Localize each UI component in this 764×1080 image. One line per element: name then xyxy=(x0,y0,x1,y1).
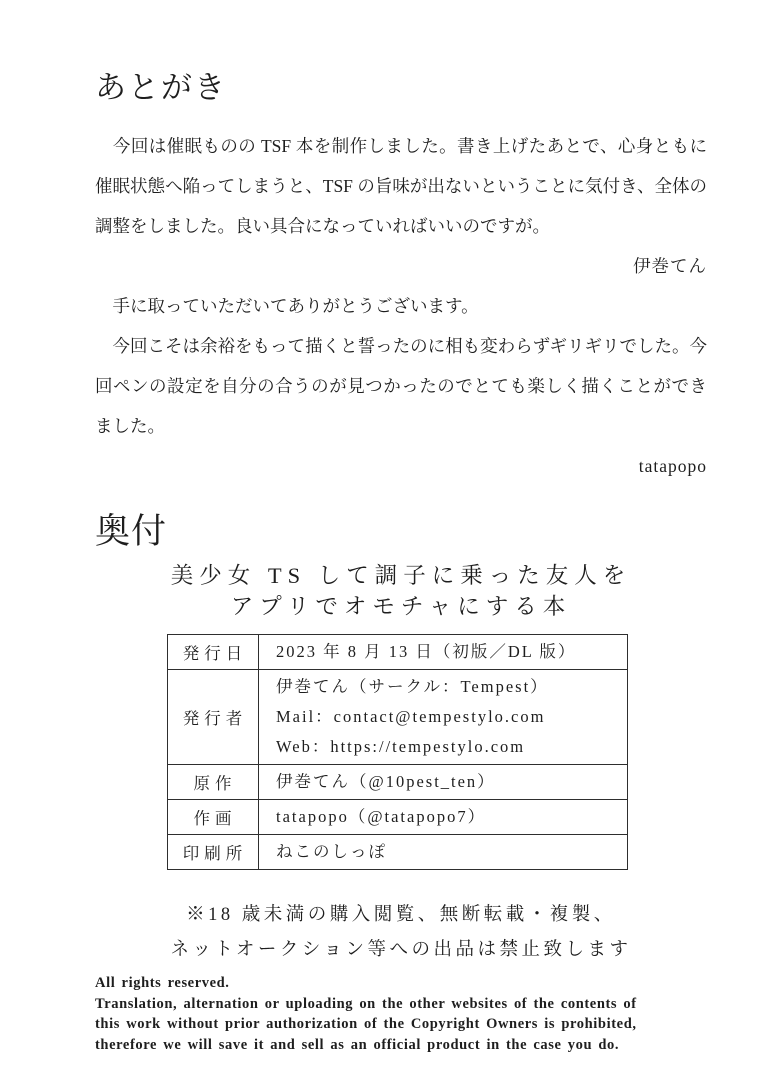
age-restriction-notice: ※18 歳未満の購入閲覧、無断転載・複製、 ネットオークション等への出品は禁止致… xyxy=(95,898,707,968)
table-row-original-author: 原作 伊巻てん（@10pest_ten） xyxy=(168,765,628,800)
afterword-paragraph-1: 今回は催眠ものの TSF 本を制作しました。書き上げたあとで、心身ともに催眠状態… xyxy=(95,126,707,246)
colophon-table: 発行日 2023 年 8 月 13 日（初版／DL 版） 発行者 伊巻てん（サー… xyxy=(167,634,628,870)
notice-line-2: ネットオークション等への出品は禁止致します xyxy=(95,933,707,968)
afterword-paragraph-2: 手に取っていただいてありがとうございます。 xyxy=(95,286,707,326)
illustrator: tatapopo（@tatapopo7） xyxy=(276,802,621,832)
row-value: tatapopo（@tatapopo7） xyxy=(259,800,628,835)
rights-line-1: All rights reserved. xyxy=(95,973,707,994)
author-signature: 伊巻てん xyxy=(95,246,707,286)
table-row-printer: 印刷所 ねこのしっぽ xyxy=(168,835,628,870)
row-label: 原作 xyxy=(168,765,259,800)
row-label: 発行日 xyxy=(168,635,259,670)
colophon-heading: 奥付 xyxy=(95,512,707,552)
afterword-paragraph-3: 今回こそは余裕をもって描くと誓ったのに相も変わらずギリギリでした。今回ペンの設定… xyxy=(95,326,707,446)
table-row-publisher: 発行者 伊巻てん（サークル：Tempest） Mail：contact@temp… xyxy=(168,670,628,765)
afterword-heading: あとがき xyxy=(95,70,707,106)
row-label: 印刷所 xyxy=(168,835,259,870)
row-value: 伊巻てん（@10pest_ten） xyxy=(259,765,628,800)
original-author: 伊巻てん（@10pest_ten） xyxy=(276,767,621,797)
book-page: あとがき 今回は催眠ものの TSF 本を制作しました。書き上げたあとで、心身とも… xyxy=(0,0,764,1080)
publisher-web: Web：https://tempestylo.com xyxy=(276,732,621,762)
row-label: 発行者 xyxy=(168,670,259,765)
table-row-publish-date: 発行日 2023 年 8 月 13 日（初版／DL 版） xyxy=(168,635,628,670)
rights-line-2: Translation, alternation or uploading on… xyxy=(95,994,707,1015)
row-value: ねこのしっぽ xyxy=(259,835,628,870)
rights-line-3: this work without prior authorization of… xyxy=(95,1014,707,1035)
artist-signature: tatapopo xyxy=(95,446,707,486)
notice-line-1: ※18 歳未満の購入閲覧、無断転載・複製、 xyxy=(95,898,707,933)
book-title-line-2: アプリでオモチャにする本 xyxy=(95,591,707,622)
publisher-mail: Mail：contact@tempestylo.com xyxy=(276,702,621,732)
row-value: 2023 年 8 月 13 日（初版／DL 版） xyxy=(259,635,628,670)
copyright-statement: All rights reserved. Translation, altern… xyxy=(95,973,707,1055)
row-label: 作画 xyxy=(168,800,259,835)
publish-date: 2023 年 8 月 13 日（初版／DL 版） xyxy=(276,637,621,667)
publisher-name: 伊巻てん（サークル：Tempest） xyxy=(276,672,621,702)
table-row-illustrator: 作画 tatapopo（@tatapopo7） xyxy=(168,800,628,835)
book-title: 美少女 TS して調子に乗った友人を アプリでオモチャにする本 xyxy=(95,560,707,622)
book-title-line-1: 美少女 TS して調子に乗った友人を xyxy=(95,560,707,591)
row-value: 伊巻てん（サークル：Tempest） Mail：contact@tempesty… xyxy=(259,670,628,765)
printer: ねこのしっぽ xyxy=(276,837,621,867)
afterword-body: 今回は催眠ものの TSF 本を制作しました。書き上げたあとで、心身ともに催眠状態… xyxy=(95,126,707,486)
rights-line-4: therefore we will save it and sell as an… xyxy=(95,1035,707,1056)
